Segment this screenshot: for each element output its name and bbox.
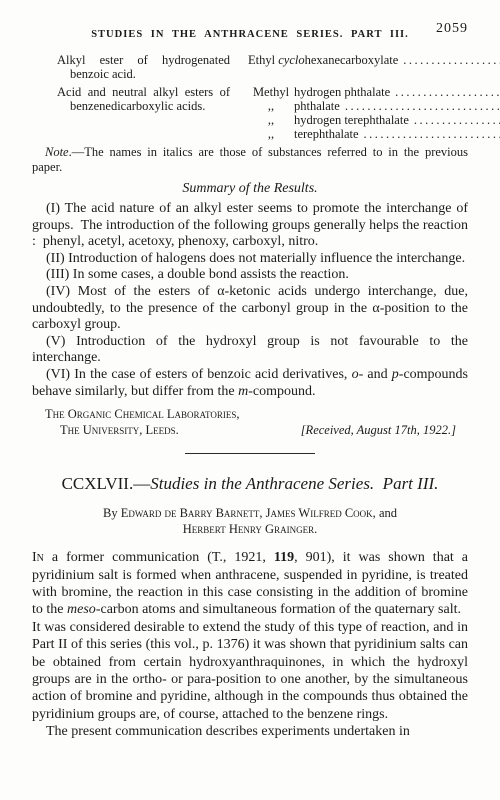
dot-leader: ........................................… <box>364 127 500 141</box>
note-paragraph: Note.—The names in italics are those of … <box>32 145 468 174</box>
address-block: The Organic Chemical Laboratories, The U… <box>32 407 468 438</box>
table-row: Alkyl ester of hydrogenated benzoic acid… <box>57 53 468 81</box>
summary-item-6: (VI) In the case of esters of benzoic ac… <box>32 367 468 400</box>
entry-name: Ethyl cyclohexanecarboxylate <box>248 53 398 67</box>
section-divider <box>185 453 315 454</box>
article-byline: By Edward de Barry Barnett, James Wilfre… <box>32 505 468 537</box>
address-line-1: The Organic Chemical Laboratories, <box>32 407 468 422</box>
table-entry: ,, hydrogen terephthalate ..............… <box>248 113 500 127</box>
running-header: STUDIES IN THE ANTHRACENE SERIES. PART I… <box>32 24 468 40</box>
byline-line-2: Herbert Henry Grainger. <box>32 521 468 537</box>
entry-name: hydrogen terephthalate <box>294 113 409 127</box>
entry-name: hydrogen phthalate <box>294 85 390 99</box>
body-paragraph-2: The present communication describes expe… <box>32 723 468 740</box>
ditto-prefix: ,, <box>248 113 294 127</box>
received-date: [Received, August 17th, 1922.] <box>301 423 468 438</box>
table-right-column: Ethyl cyclohexanecarboxylate ...........… <box>248 53 500 81</box>
table-entry: ,, phthalate ...........................… <box>248 99 500 113</box>
entry-name: phthalate <box>294 99 340 113</box>
body-paragraph-1: In a former communication (T., 1921, 119… <box>32 549 468 723</box>
summary-item-1: (I) The acid nature of an alkyl ester se… <box>32 201 468 251</box>
table-row: Acid and neutral alkyl esters of benzene… <box>57 85 468 141</box>
dot-leader: ........................................… <box>345 99 500 113</box>
summary-item-2: (II) Introduction of halogens does not m… <box>32 251 468 268</box>
running-header-title: STUDIES IN THE ANTHRACENE SERIES. PART I… <box>91 29 409 40</box>
summary-item-4: (IV) Most of the esters of α-ketonic aci… <box>32 284 468 334</box>
summary-heading: Summary of the Results. <box>32 181 468 197</box>
ditto-prefix: ,, <box>248 127 294 141</box>
article-title: CCXLVII.—Studies in the Anthracene Serie… <box>32 474 468 494</box>
entry-name: terephthalate <box>294 127 359 141</box>
summary-item-3: (III) In some cases, a double bond assis… <box>32 267 468 284</box>
byline-line-1: By Edward de Barry Barnett, James Wilfre… <box>32 505 468 521</box>
address-line-2-row: The University, Leeds. [Received, August… <box>32 423 468 438</box>
table-right-column: Methyl hydrogen phthalate ..............… <box>248 85 500 141</box>
ditto-prefix: Methyl <box>248 85 294 99</box>
table-left-label: Alkyl ester of hydrogenated benzoic acid… <box>57 53 230 81</box>
dot-leader: ........................................… <box>403 53 500 67</box>
table-entry: Ethyl cyclohexanecarboxylate ...........… <box>248 53 500 67</box>
results-table: Alkyl ester of hydrogenated benzoic acid… <box>57 53 468 141</box>
table-entry: ,, terephthalate .......................… <box>248 127 500 141</box>
table-left-label: Acid and neutral alkyl esters of benzene… <box>57 85 230 141</box>
summary-item-5: (V) Introduction of the hydroxyl group i… <box>32 334 468 367</box>
address-line-2: The University, Leeds. <box>60 423 179 438</box>
journal-page: STUDIES IN THE ANTHRACENE SERIES. PART I… <box>0 0 500 741</box>
page-number: 2059 <box>436 21 468 37</box>
table-entry: Methyl hydrogen phthalate ..............… <box>248 85 500 99</box>
dot-leader: ........................................… <box>414 113 500 127</box>
dot-leader: ........................................… <box>395 85 500 99</box>
ditto-prefix: ,, <box>248 99 294 113</box>
